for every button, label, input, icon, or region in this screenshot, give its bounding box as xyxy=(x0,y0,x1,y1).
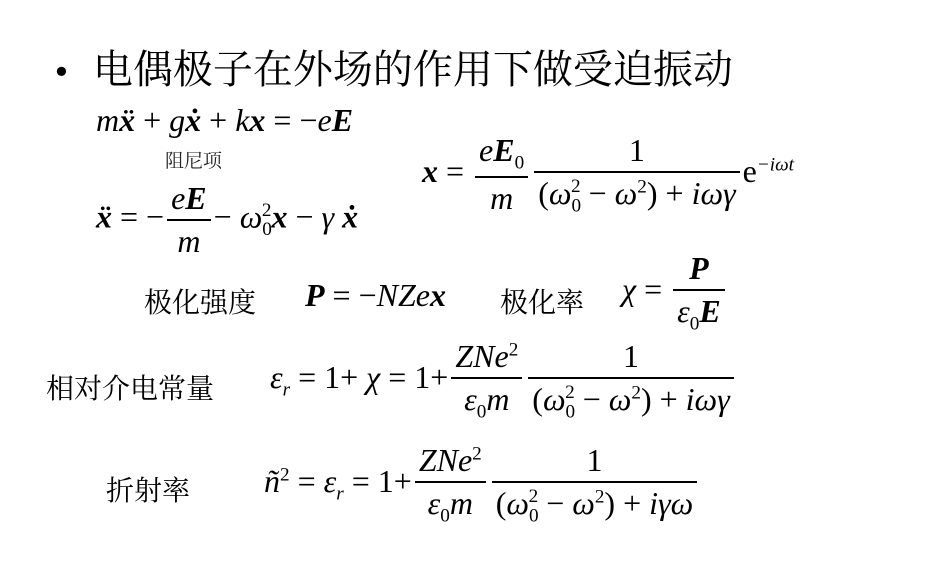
slide-title: •电偶极子在外场的作用下做受迫振动 xyxy=(52,38,733,95)
permittivity-label: 相对介电常量 xyxy=(46,367,214,407)
refractive-index-label: 折射率 xyxy=(106,469,190,509)
polarization-label: 极化强度 xyxy=(144,281,256,321)
equation-permittivity: εr = 1+ χ = 1+ZNe2ε0m1(ω02 − ω2) + iωγ xyxy=(270,338,737,423)
equation-polarization: P = −NZex xyxy=(305,277,446,314)
damping-label: 阻尼项 xyxy=(165,146,222,173)
equation-acceleration: ẍ = −eEm− ω02x − γ ẋ xyxy=(96,180,358,260)
bullet-icon: • xyxy=(52,53,71,91)
equation-refractive-index: ñ2 = εr = 1+ZNe2ε0m1(ω02 − ω2) + iγω xyxy=(264,442,700,527)
equation-solution: x = eE0m1(ω02 − ω2) + iωγe−iωt xyxy=(422,132,794,217)
susceptibility-label: 极化率 xyxy=(500,281,584,321)
equation-motion: mẍ + gẋ + kx = −eE xyxy=(96,102,353,139)
equation-susceptibility: χ = Pε0E xyxy=(622,250,728,335)
